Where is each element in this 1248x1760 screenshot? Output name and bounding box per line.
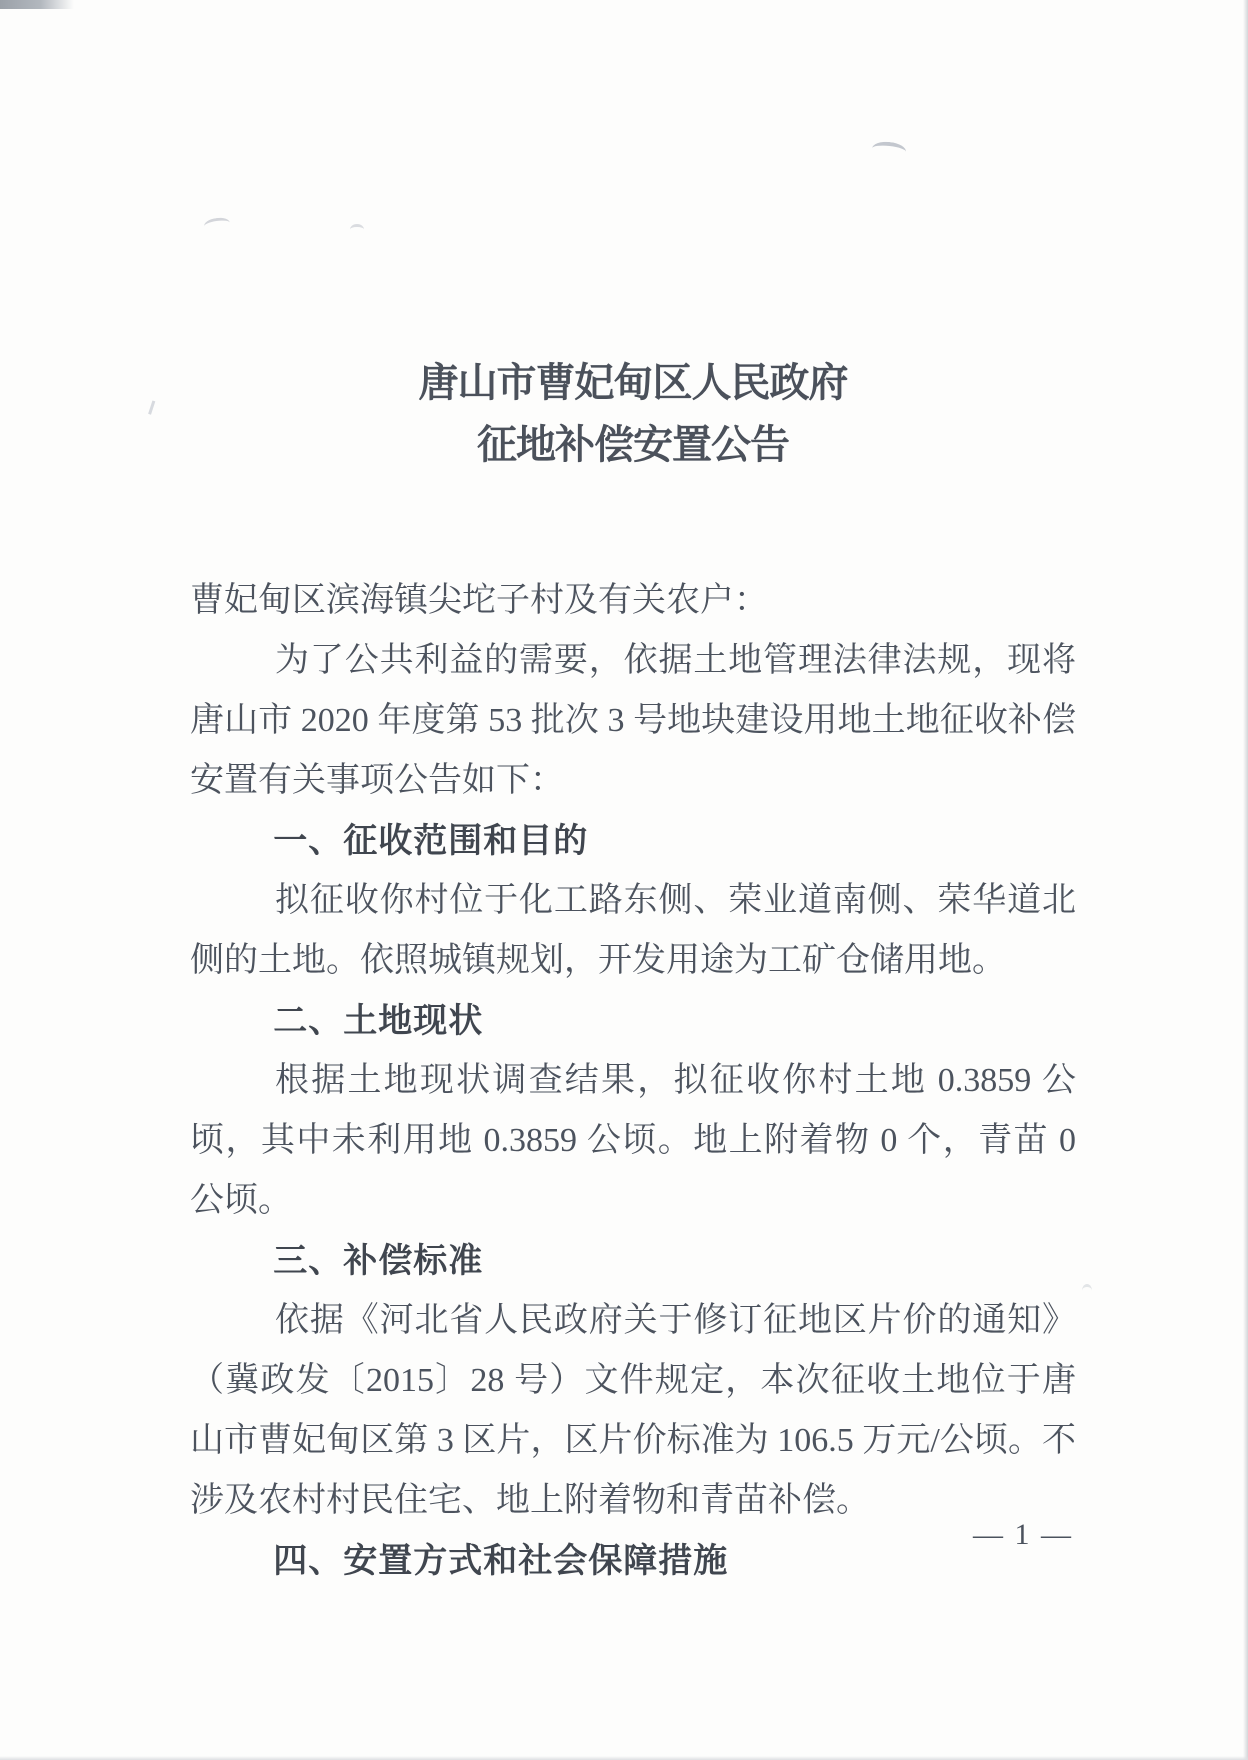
- document-content: 唐山市曹妃甸区人民政府 征地补偿安置公告 曹妃甸区滨海镇尖坨子村及有关农户： 为…: [190, 352, 1076, 1591]
- document-title-line-1: 唐山市曹妃甸区人民政府: [190, 352, 1076, 414]
- page-edge-shadow-bottom: [0, 1756, 1248, 1760]
- salutation: 曹妃甸区滨海镇尖坨子村及有关农户：: [190, 571, 1076, 631]
- document-title: 唐山市曹妃甸区人民政府 征地补偿安置公告: [190, 352, 1076, 476]
- section-3-heading: 三、补偿标准: [273, 1231, 1076, 1291]
- section-2-heading: 二、土地现状: [273, 991, 1076, 1051]
- section-1-paragraph: 拟征收你村位于化工路东侧、荣业道南侧、荣华道北侧的土地。依照城镇规划，开发用途为…: [190, 871, 1076, 991]
- scan-speck: [350, 224, 364, 235]
- scan-speck: [203, 216, 231, 232]
- scanned-document-page: 唐山市曹妃甸区人民政府 征地补偿安置公告 曹妃甸区滨海镇尖坨子村及有关农户： 为…: [0, 0, 1248, 1760]
- document-title-line-2: 征地补偿安置公告: [190, 414, 1076, 476]
- intro-paragraph: 为了公共利益的需要，依据土地管理法律法规，现将唐山市 2020 年度第 53 批…: [190, 631, 1076, 811]
- scan-smudge-top-left: [0, 0, 74, 9]
- section-3-paragraph: 依据《河北省人民政府关于修订征地区片价的通知》（冀政发〔2015〕28 号）文件…: [190, 1291, 1076, 1531]
- page-number: — 1 —: [958, 1518, 1088, 1552]
- section-4-heading: 四、安置方式和社会保障措施: [273, 1531, 1076, 1591]
- section-1-heading: 一、征收范围和目的: [273, 811, 1076, 871]
- scan-speck: [1082, 1284, 1092, 1297]
- document-body: 曹妃甸区滨海镇尖坨子村及有关农户： 为了公共利益的需要，依据土地管理法律法规，现…: [190, 571, 1076, 1591]
- scan-speck: [871, 140, 906, 159]
- page-edge-shadow-right: [1243, 0, 1248, 1760]
- section-2-paragraph: 根据土地现状调查结果，拟征收你村土地 0.3859 公顷，其中未利用地 0.38…: [190, 1051, 1076, 1231]
- scan-speck: [148, 400, 164, 417]
